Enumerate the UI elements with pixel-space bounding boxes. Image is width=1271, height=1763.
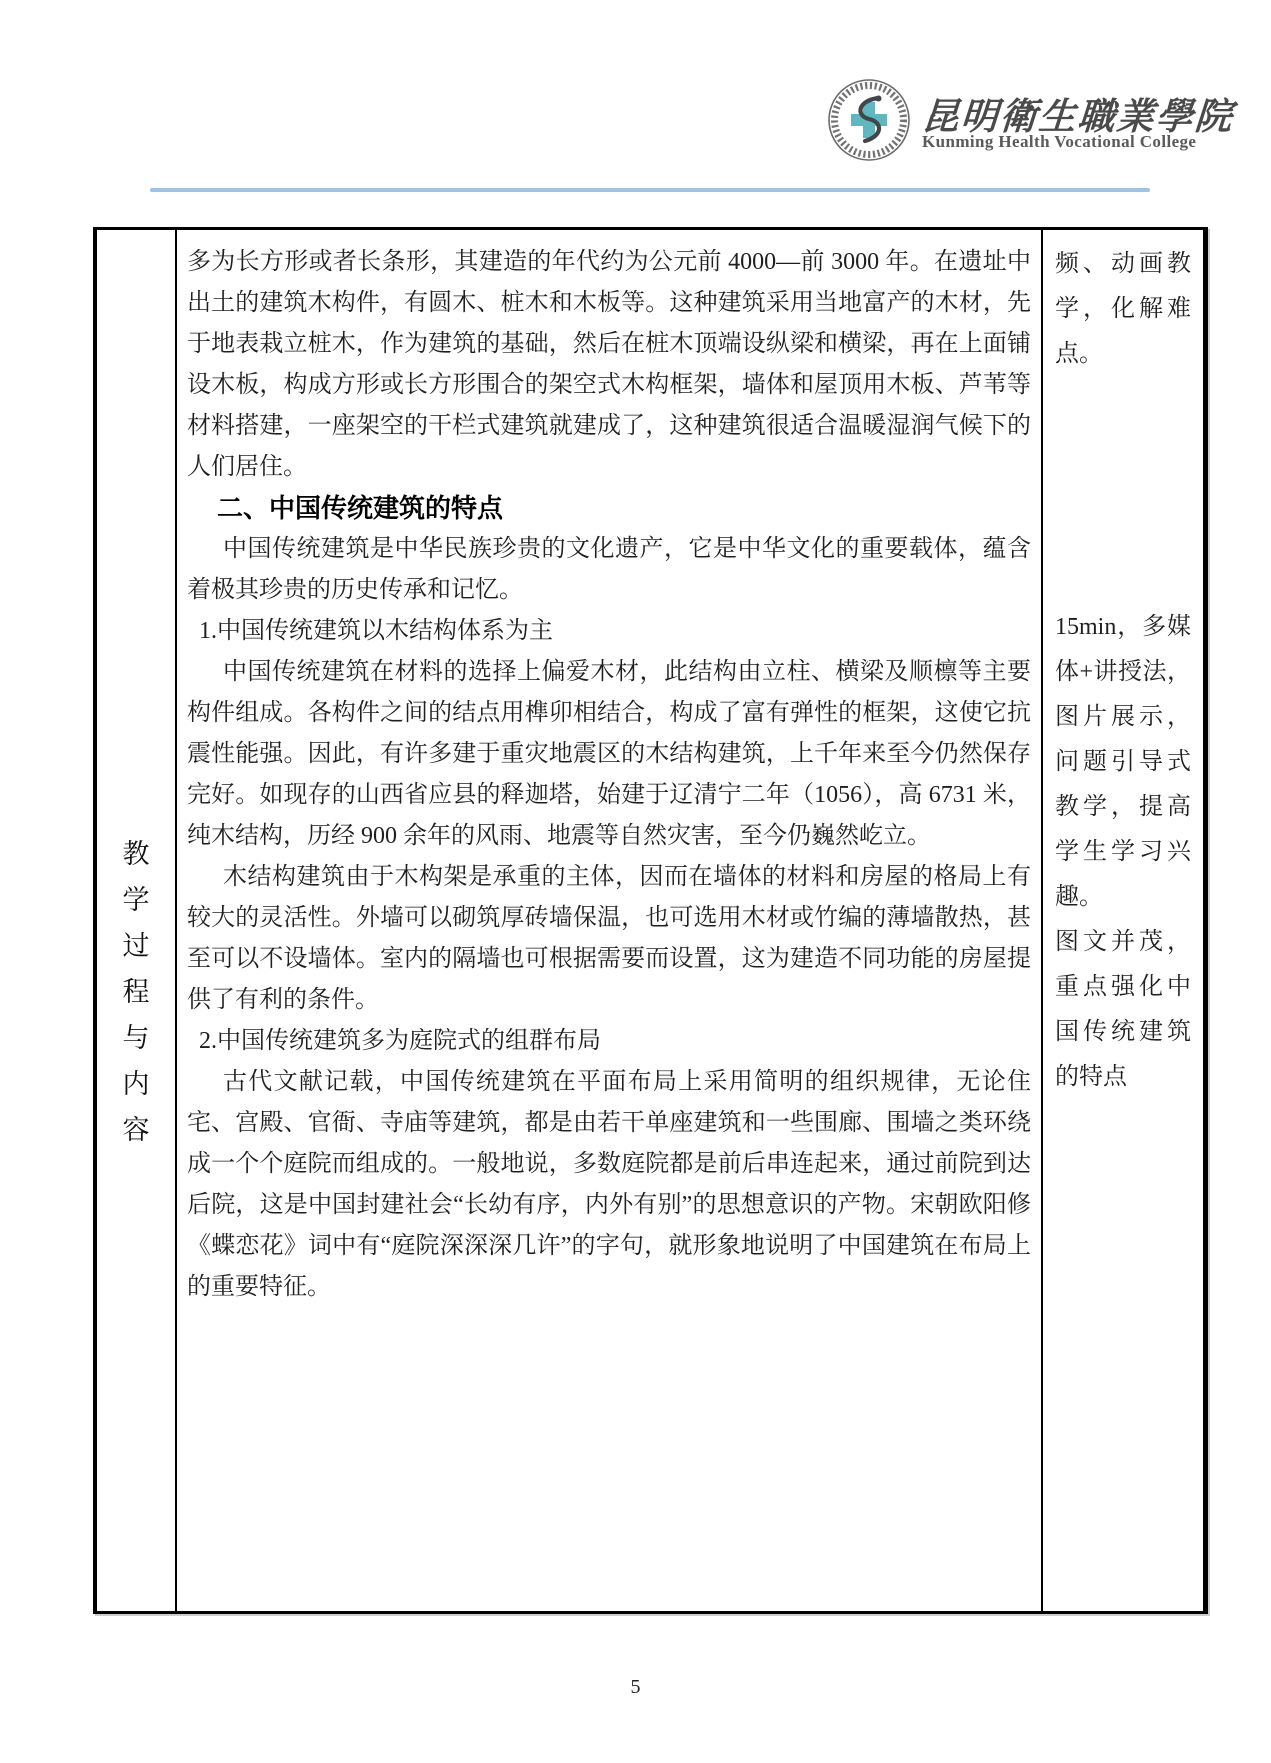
- teaching-method-notes-cell: 频、动画教学，化解难点。 15min，多媒体+讲授法，图片展示，问题引导式教学，…: [1043, 230, 1203, 1611]
- header-divider: [150, 188, 1150, 192]
- paragraph-wall-flexibility: 木结构建筑由于木构架是承重的主体，因而在墙体的材料和房屋的格局上有较大的灵活性。…: [187, 857, 1031, 1021]
- paragraph-courtyard-layout: 古代文献记载，中国传统建筑在平面布局上采用简明的组织规律，无论住宅、宫殿、官衙、…: [187, 1062, 1031, 1308]
- subheading-2: 2.中国传统建筑多为庭院式的组群布局: [187, 1021, 1031, 1062]
- note-video-animation: 频、动画教学，化解难点。: [1055, 242, 1191, 377]
- paragraph-intro: 中国传统建筑是中华民族珍贵的文化遗产，它是中华文化的重要载体，蕴含着极其珍贵的历…: [187, 529, 1031, 611]
- paragraph-wood-structure: 中国传统建筑在材料的选择上偏爱木材，此结构由立柱、横梁及顺檩等主要构件组成。各构…: [187, 652, 1031, 857]
- college-seal-logo: [823, 78, 915, 162]
- note-15min-method: 15min，多媒体+讲授法，图片展示，问题引导式教学，提高学生学习兴趣。: [1055, 605, 1191, 920]
- lesson-plan-table: 教学过程与内容 多为长方形或者长条形，其建造的年代约为公元前 4000—前 30…: [93, 227, 1208, 1614]
- page-number: 5: [0, 1676, 1271, 1699]
- note-illustrated-emphasis: 图文并茂，重点强化中国传统建筑的特点: [1055, 920, 1191, 1100]
- subheading-1: 1.中国传统建筑以木结构体系为主: [187, 611, 1031, 652]
- document-page: 昆明衛生職業學院 Kunming Health Vocational Colle…: [0, 0, 1271, 1763]
- paragraph-continuation: 多为长方形或者长条形，其建造的年代约为公元前 4000—前 3000 年。在遗址…: [187, 242, 1031, 488]
- row-label-teaching-process: 教学过程与内容: [120, 831, 151, 1153]
- section-heading: 二、中国传统建筑的特点: [187, 488, 1031, 529]
- college-seal-icon: [823, 78, 915, 162]
- teaching-content-cell: 多为长方形或者长条形，其建造的年代约为公元前 4000—前 3000 年。在遗址…: [177, 230, 1043, 1611]
- row-label-cell: 教学过程与内容: [97, 230, 177, 1611]
- college-name-en: Kunming Health Vocational College: [922, 132, 1202, 152]
